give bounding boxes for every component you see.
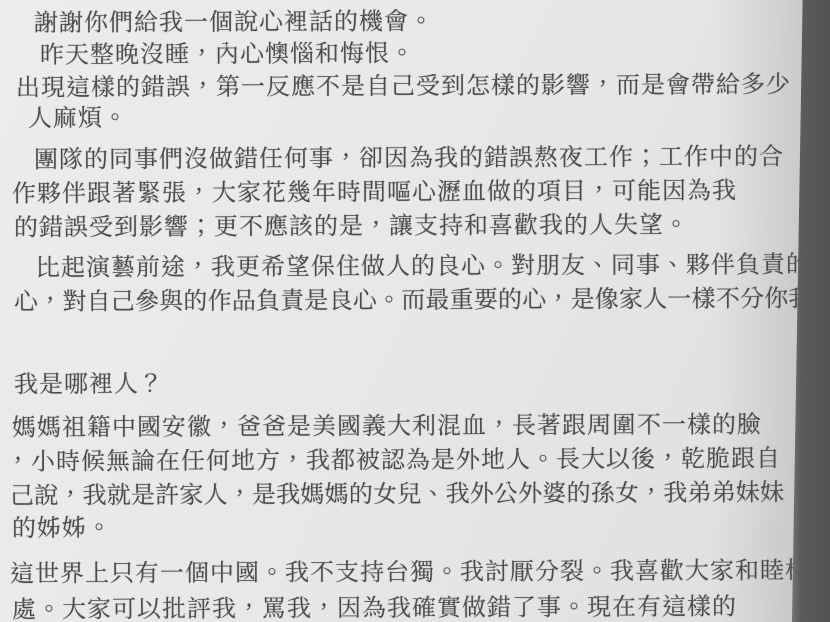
handwritten-line: 我是哪裡人？ [14, 368, 164, 401]
letter-photo: 謝謝你們給我一個說心裡話的機會。 昨天整晚沒睡，內心懊惱和悔恨。 出現這樣的錯誤… [0, 0, 830, 622]
handwritten-line: 昨天整晚沒睡，內心懊惱和悔恨。 [40, 37, 415, 71]
handwritten-line: 比起演藝前途，我更希望保住做人的良心。對朋友、同事、夥伴負責的 [36, 248, 811, 283]
handwritten-line: 處。大家可以批評我，罵我，因為我確實做錯了事。現在有這樣的 [12, 590, 737, 622]
handwritten-line: 己說，我就是許家人，是我媽媽的女兒、我外公外婆的孫女，我弟弟妹妹 [10, 476, 785, 511]
handwritten-line: 謝謝你們給我一個說心裡話的機會。 [34, 5, 434, 39]
handwritten-line: 團隊的同事們沒做錯任何事，卻因為我的錯誤熬夜工作；工作中的合 [34, 140, 784, 175]
handwritten-line: 這世界上只有一個中國。我不支持台獨。我討厭分裂。我喜歡大家和睦相 [10, 554, 810, 589]
handwritten-line: ，小時候無論在任何地方，我都被認為是外地人。長大以後，乾脆跟自 [6, 442, 781, 477]
handwritten-line: 的錯誤受到影響；更不應該的是，讓支持和喜歡我的人失望。 [14, 209, 689, 244]
handwritten-line: 媽媽祖籍中國安徽，爸爸是美國義大利混血，長著跟周圍不一樣的臉 [12, 408, 762, 443]
handwritten-line: 心，對自己參與的作品負責是良心。而最重要的心，是像家人一樣不分你我。 [14, 282, 830, 318]
handwritten-line: 人麻煩。 [28, 102, 128, 134]
handwritten-line: 出現這樣的錯誤，第一反應不是自己受到怎樣的影響，而是會帶給多少 [16, 68, 791, 103]
handwritten-line: 作夥伴跟著緊張，大家花幾年時間嘔心瀝血做的項目，可能因為我 [12, 174, 737, 209]
handwritten-line: 的姊姊。 [12, 512, 112, 544]
